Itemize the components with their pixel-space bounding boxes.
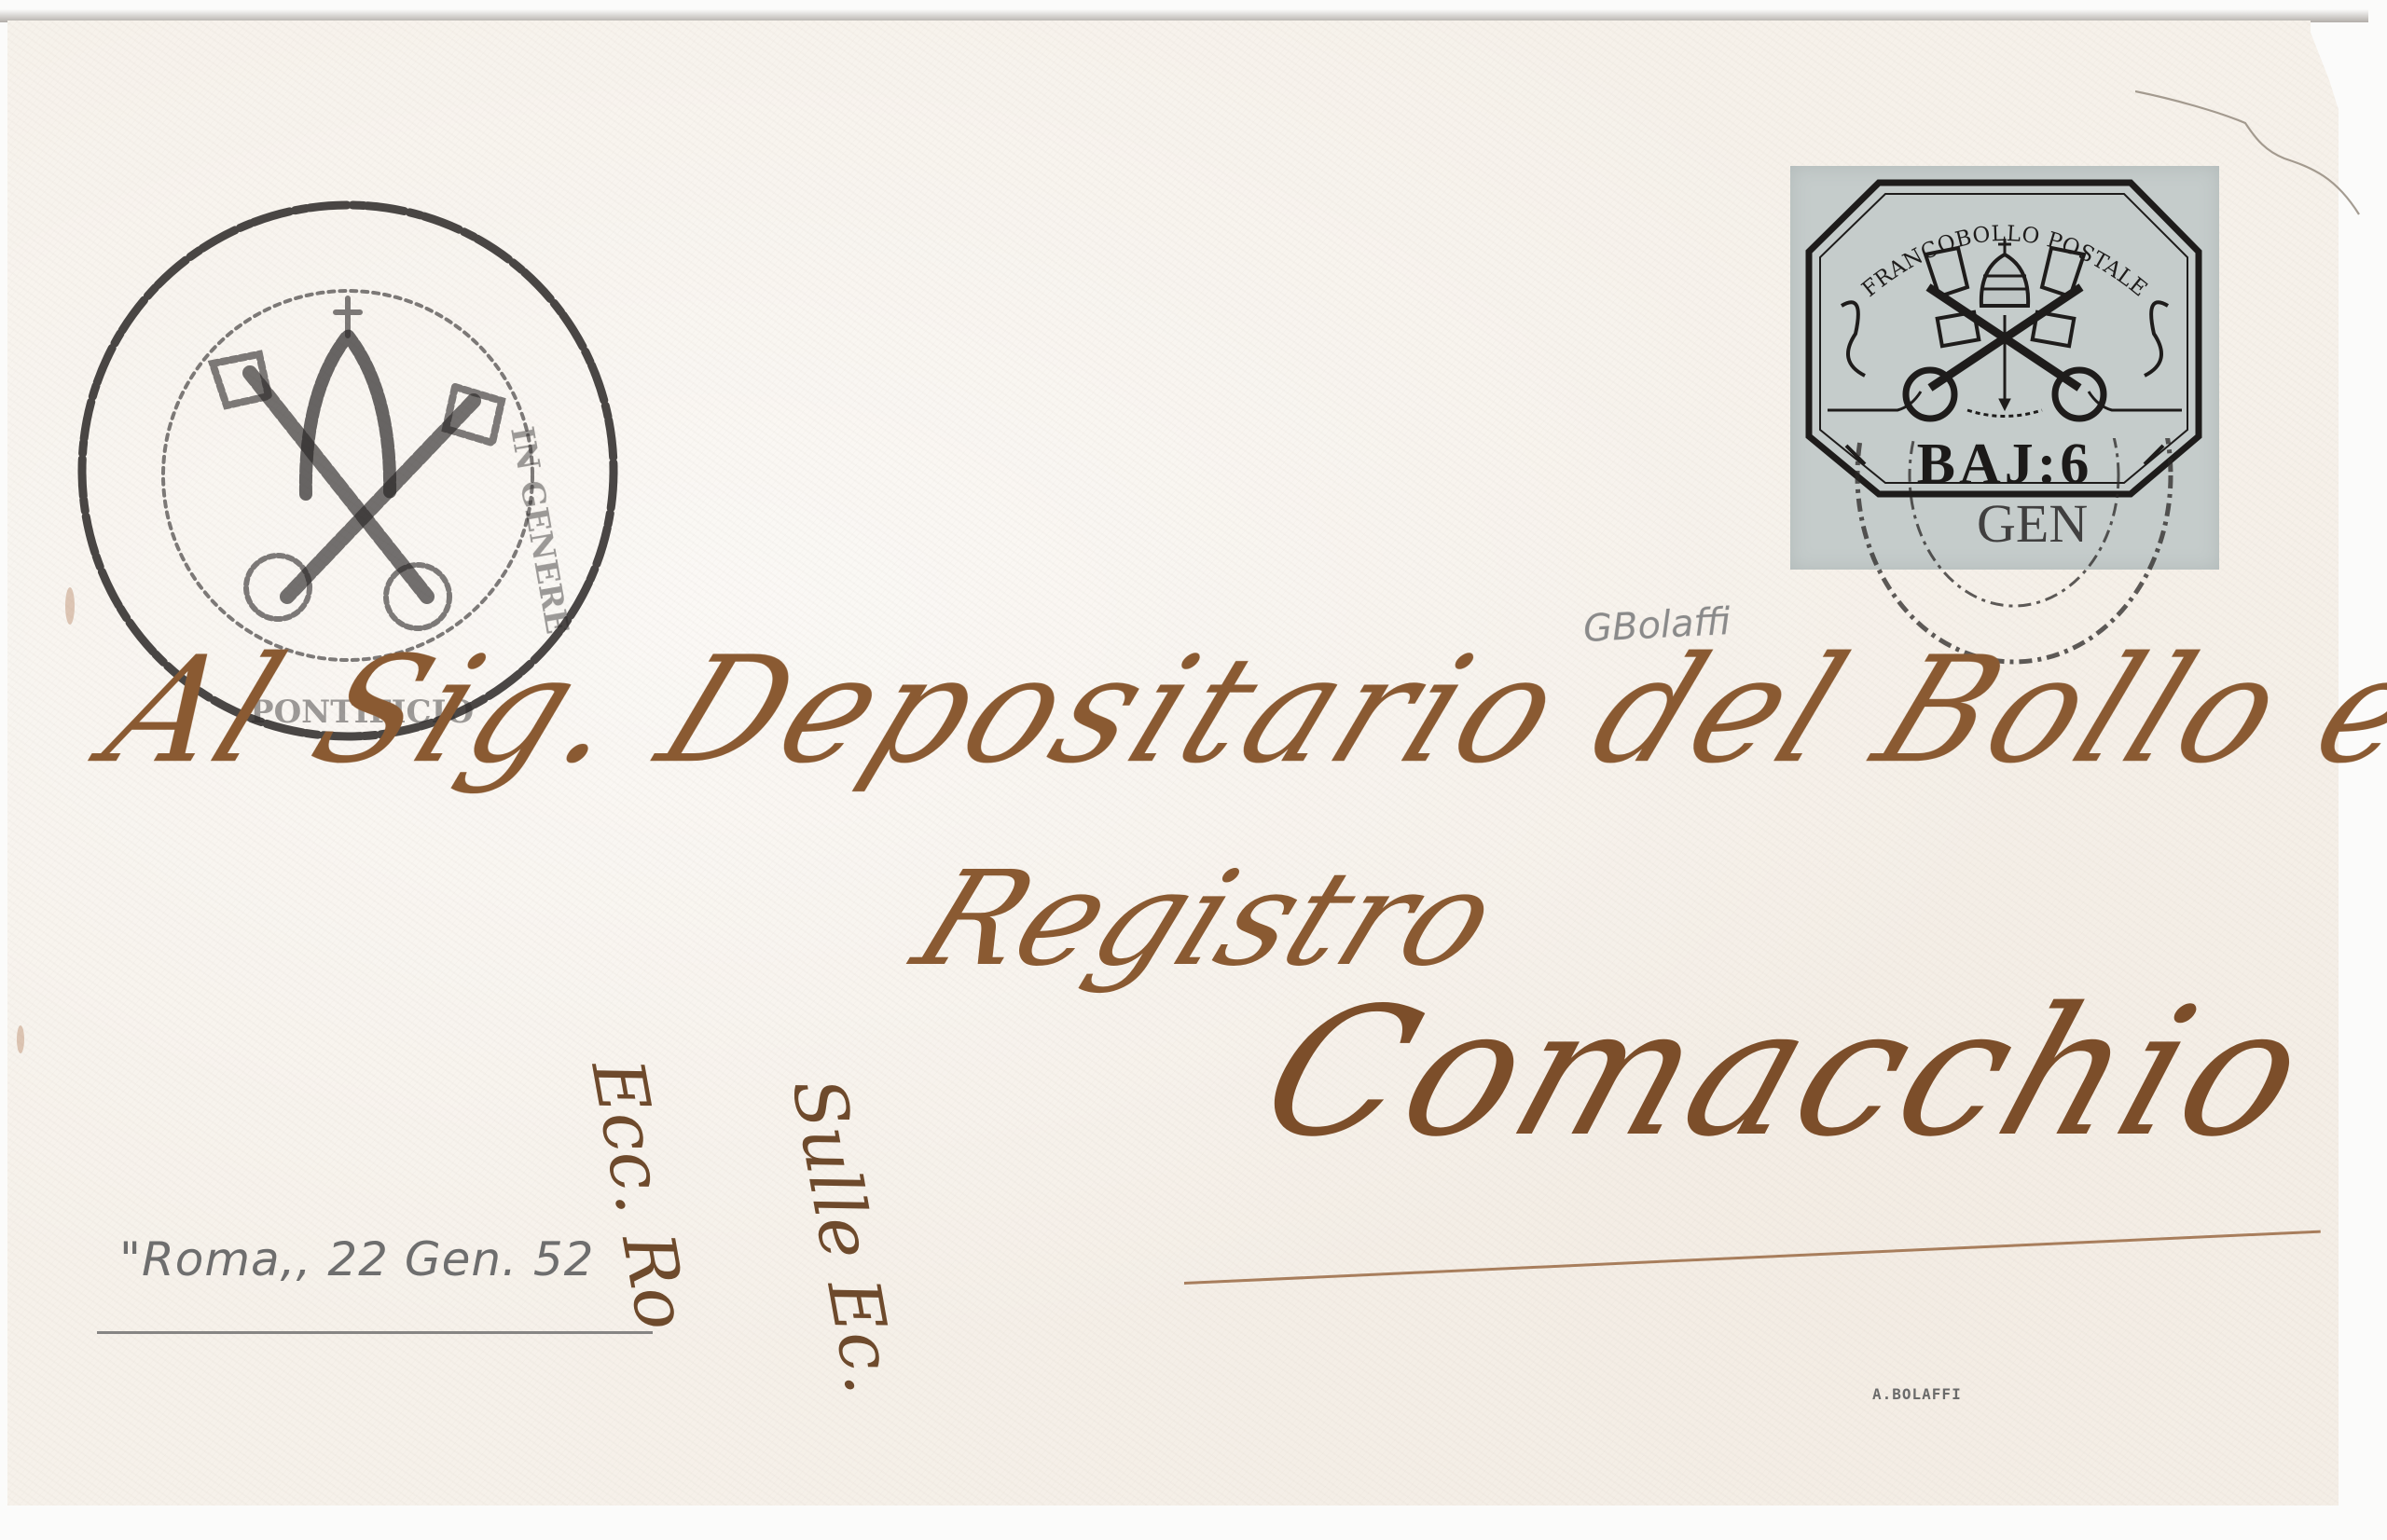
expert-signature: GBolaffi [1582, 600, 1732, 651]
postmark-month: GEN [1977, 492, 2088, 555]
address-city-line: Comacchio [1240, 969, 2332, 1176]
address-recipient-line: Al Sig. Depositario del Bollo e [84, 626, 2387, 796]
pencil-underline [97, 1331, 653, 1334]
expert-handstamp: A.BOLAFFI [1872, 1385, 1962, 1403]
scan-edge-shadow [0, 9, 2368, 22]
pencil-origin-date: "Roma,, 22 Gen. 52 [119, 1232, 594, 1286]
ink-stain [17, 1025, 24, 1053]
svg-text:IN GENERE: IN GENERE [503, 424, 575, 637]
